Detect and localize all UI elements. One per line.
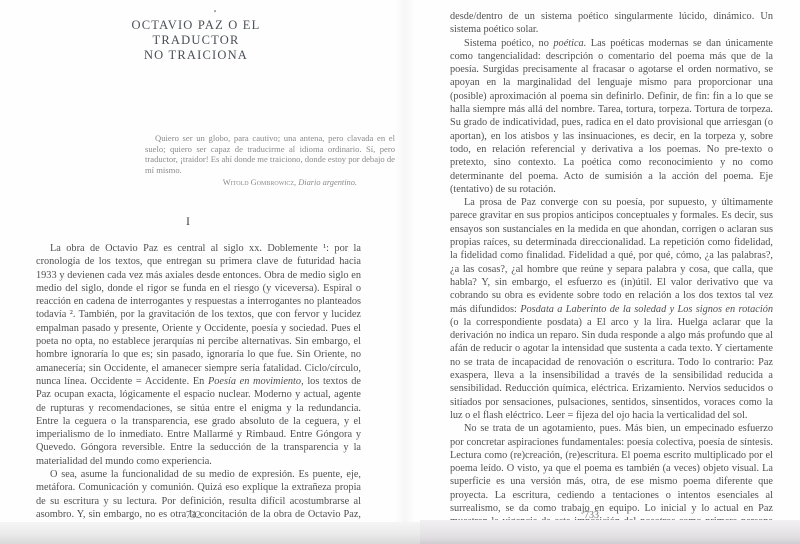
paragraph-text: (o la correspondiente posdata) a El arco… [450,317,773,421]
epigraph-source: Witold Gombrowicz, Diario argentino. [145,178,395,189]
epigraph-text: Quiero ser un globo, para cautivo; una a… [145,133,395,175]
book-spread: • OCTAVIO PAZ O EL TRADUCTOR NO TRAICION… [0,0,800,544]
paragraph: La obra de Octavio Paz es central al sig… [36,242,361,468]
book-title-italic: Posdata a Laberinto de la soledad y Los … [520,304,773,315]
paragraph: Sistema poético, no poética. Las poética… [450,37,773,197]
page-bottom-edge-right [420,520,800,544]
paragraph: La prosa de Paz converge con su poesía, … [450,196,773,422]
book-title-italic: Poesía en movimiento, [208,376,304,387]
left-page: • OCTAVIO PAZ O EL TRADUCTOR NO TRAICION… [0,0,400,522]
paragraph-text: No se trata de un agotamiento, pues. Más… [450,423,773,527]
right-page: desde/dentro de un sistema poético singu… [400,0,800,522]
left-body-text: La obra de Octavio Paz es central al sig… [36,242,361,535]
paragraph-text: La prosa de Paz converge con su poesía, … [450,197,773,314]
page-number: 732 [186,510,201,521]
section-numeral: I [186,214,190,229]
right-body-text: desde/dentro de un sistema poético singu… [450,10,773,542]
chapter-title: OCTAVIO PAZ O EL TRADUCTOR NO TRAICIONA [96,18,296,63]
paragraph-text: Sistema poético, no [464,38,553,49]
chapter-title-line-2: NO TRAICIONA [96,48,296,63]
page-speck: • [213,8,217,16]
epigraph-author: Witold Gombrowicz, [223,178,296,187]
paragraph: desde/dentro de un sistema poético singu… [450,10,773,37]
emphasis-italic: poética. [553,38,586,49]
paragraph-text: La obra de Octavio Paz es central al sig… [36,243,361,387]
epigraph: Quiero ser un globo, para cautivo; una a… [145,133,395,189]
paragraph-text: Las poéticas modernas se dan únicamente … [450,38,773,195]
paragraph-text: los textos de Paz ocupan exacta, lógicam… [36,376,361,467]
epigraph-work: Diario argentino. [298,178,357,187]
chapter-title-line-1: OCTAVIO PAZ O EL TRADUCTOR [96,18,296,48]
